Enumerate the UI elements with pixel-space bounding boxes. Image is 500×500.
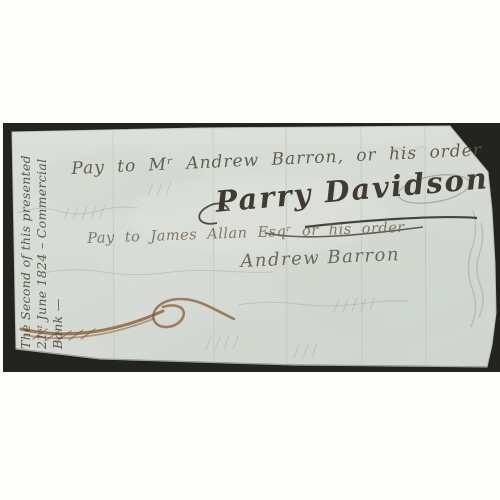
side-annotation-line-3: Bank — <box>50 129 66 349</box>
photo-dark-mat: Pay to Mʳ Andrew Barron, or his order Pa… <box>3 123 500 372</box>
side-annotation-line-2: 21ˢᵗ June 1824 – Commercial <box>34 129 50 349</box>
side-annotation-line-1: The Second of this presented <box>18 129 34 349</box>
side-annotation: The Second of this presented 21ˢᵗ June 1… <box>18 129 66 349</box>
page-background: Pay to Mʳ Andrew Barron, or his order Pa… <box>0 0 500 500</box>
